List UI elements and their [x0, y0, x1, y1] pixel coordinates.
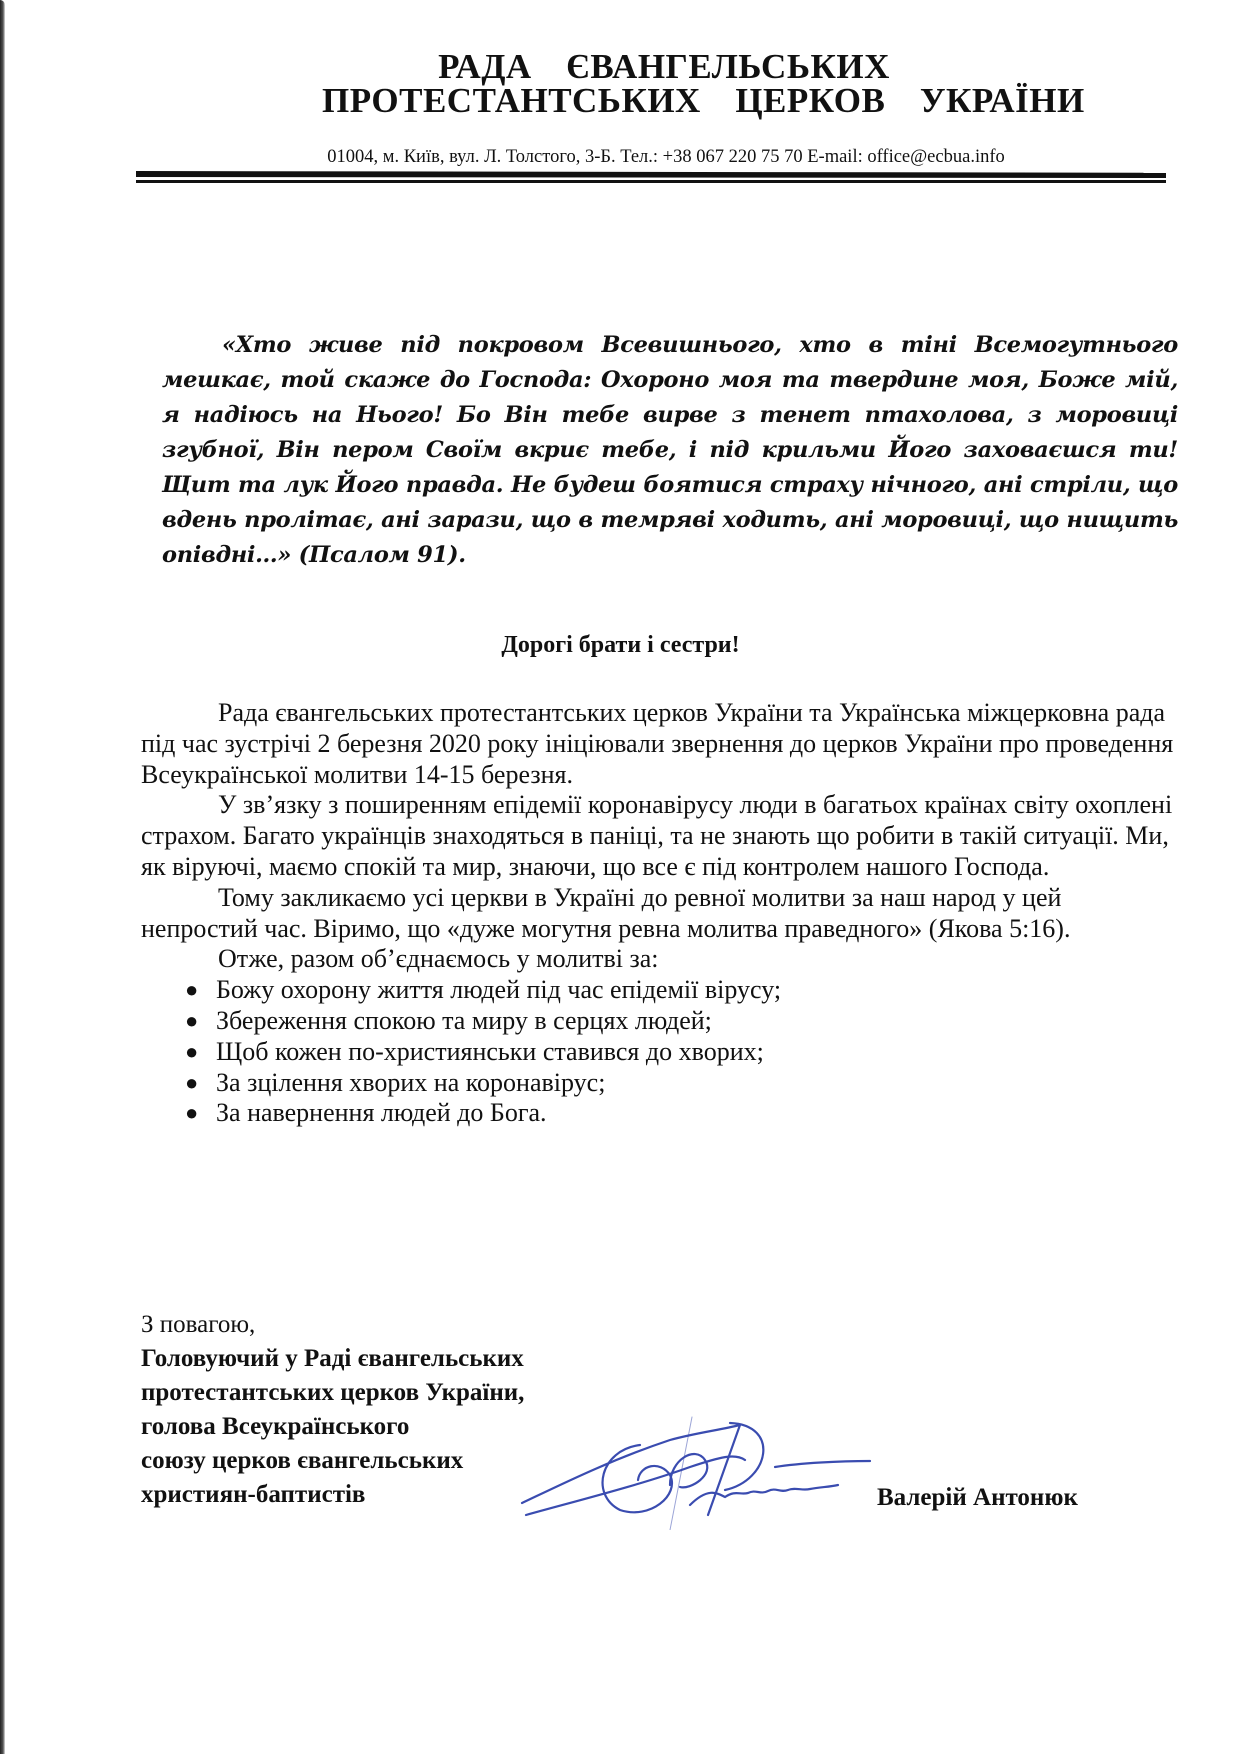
list-item: ●Божу охорону життя людей під час епідем…	[141, 975, 1181, 1006]
list-item: ●За зцілення хворих на коронавірус;	[141, 1068, 1181, 1099]
bullet-icon: ●	[185, 1006, 198, 1037]
bullet-icon: ●	[185, 1098, 198, 1129]
title-line-1: РАДА ЄВАНГЕЛЬСЬКИХ	[322, 50, 1006, 84]
bullet-icon: ●	[185, 1068, 198, 1099]
handwritten-signature	[520, 1405, 880, 1530]
bullet-icon: ●	[185, 975, 198, 1006]
greeting-heading: Дорогі брати і сестри!	[0, 632, 1241, 659]
paragraph-1: Рада євангельських протестантських церко…	[141, 698, 1181, 790]
list-item: ●За навернення людей до Бога.	[141, 1098, 1181, 1129]
psalm-quote: «Хто живе під покровом Всевишнього, хто …	[162, 328, 1178, 573]
organization-title: РАДА ЄВАНГЕЛЬСЬКИХ ПРОТЕСТАНТСЬКИХ ЦЕРКО…	[322, 50, 1006, 118]
list-item: ●Збереження спокою та миру в серцях люде…	[141, 1006, 1181, 1037]
letterhead-divider	[136, 171, 1166, 184]
paragraph-2: У зв’язку з поширенням епідемії коронаві…	[141, 790, 1181, 882]
list-item-text: Щоб кожен по-християнськи ставився до хв…	[216, 1037, 764, 1066]
organization-address: 01004, м. Київ, вул. Л. Толстого, 3-Б. Т…	[280, 147, 1052, 168]
list-item-text: За навернення людей до Бога.	[216, 1098, 547, 1127]
scan-edge	[0, 0, 5, 1754]
list-item-text: Збереження спокою та миру в серцях людей…	[216, 1006, 712, 1035]
regards-text: З повагою,	[141, 1308, 701, 1342]
list-item-text: Божу охорону життя людей під час епідемі…	[216, 975, 781, 1004]
prayer-list: ●Божу охорону життя людей під час епідем…	[141, 975, 1181, 1129]
paragraph-3: Тому закликаємо усі церкви в Україні до …	[141, 883, 1181, 945]
bullet-icon: ●	[185, 1037, 198, 1068]
title-line-2: ПРОТЕСТАНТСЬКИХ ЦЕРКОВ УКРАЇНИ	[322, 84, 1006, 118]
divider-thin-line	[136, 180, 1166, 183]
letter-body: Рада євангельських протестантських церко…	[141, 698, 1181, 1129]
divider-thick-line	[136, 171, 1166, 178]
signer-title-line: Головуючий у Раді євангельських	[141, 1342, 701, 1376]
signer-name: Валерій Антонюк	[877, 1484, 1078, 1512]
paragraph-4: Отже, разом об’єднаємось у молитві за:	[141, 944, 1181, 975]
list-item: ●Щоб кожен по-християнськи ставився до х…	[141, 1037, 1181, 1068]
list-item-text: За зцілення хворих на коронавірус;	[216, 1068, 605, 1097]
